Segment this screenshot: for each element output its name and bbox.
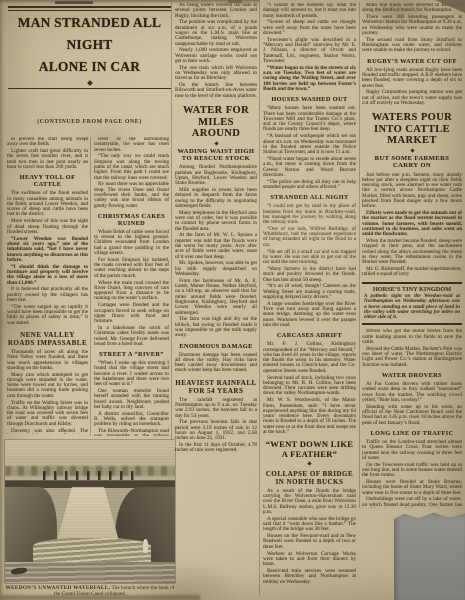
column-3-paragraph: The rainfall registered at Northampton u… — [175, 398, 257, 419]
heading-heaviest-rainfall: HEAVIEST RAINFALL FOR 54 YEARS — [175, 379, 257, 395]
column-5-paragraph: Standing with water up to his waist, an … — [362, 405, 462, 426]
backing-board-patch — [394, 511, 465, 600]
column-5-paragraph: When the market became flooded, sheep we… — [362, 239, 462, 265]
heading-waters-pour-into-cattle-market: WATERS POUR INTO CATTLE MARKET — [362, 112, 462, 147]
boxed-panel-horses-tiny-kingdom: HORSE’S TINY KINGDOMA pathetic sight on … — [362, 282, 462, 326]
heading-houses-washed-out: HOUSES WASHED OUT — [263, 96, 356, 103]
column-2-paragraph: For hours Simpson lay isolated, the road… — [94, 258, 169, 279]
column-3-paragraph: Among flooded Northamptonshire parishes … — [175, 165, 257, 186]
column-2: level of the surrounding countryside, th… — [94, 137, 169, 436]
column-2-paragraph: Whole fields of cattle were forced to re… — [94, 230, 169, 256]
column-3-paragraph: Many telephones in the Heyford area were… — [175, 211, 257, 232]
heading-long-line-of-traffic: LONG LINE OF TRAFFIC — [362, 430, 462, 437]
clipping-bottom-edge-shadow — [0, 595, 200, 600]
column-5-paragraph: The second road from Stony Stratford to … — [362, 38, 462, 54]
column-2-paragraph: “When I woke up this morning I found tha… — [94, 361, 169, 387]
column-4-paragraph: “The police are doing all they can to he… — [263, 180, 356, 191]
heading-collapse-of-bridge: COLLAPSE OF BRIDGE IN NORTH BUCKS — [263, 470, 356, 486]
column-4-paragraph: “Scores of sheep and cattle we thought w… — [263, 20, 356, 36]
column-3-paragraph: Enormous damage has been caused all down… — [175, 353, 257, 374]
column-4-paragraph: “Flood water began to recede about seven… — [263, 157, 356, 178]
column-3-paragraph: The position was complicated by the dera… — [175, 20, 257, 46]
column-5-paragraph: All low-lying roads around Rugby have be… — [362, 68, 462, 89]
column-4-paragraph: Several head of stock, including two cow… — [263, 376, 356, 397]
headline-rule-top — [8, 6, 171, 9]
heading-went-down-like-a-feather: “WENT DOWN LIKE A FEATHER” — [263, 440, 356, 459]
column-1-paragraph: “The water surged up so rapidly it would… — [7, 305, 88, 326]
clipping-left-edge-shadow — [0, 0, 4, 600]
column-3-paragraph: On the branch line between Blisworth and… — [175, 83, 257, 99]
column-4-paragraph: A special constable who saw the bridge g… — [263, 517, 356, 533]
column-1-paragraph: “Lower Weedon was flooded about six year… — [7, 237, 88, 263]
heading-carcases-adrift: CARCASES ADRIFT — [263, 332, 356, 339]
subheading-wading-waist-high: WADING WAIST HIGH TO RESCUE STOCK — [175, 148, 257, 163]
column-4-paragraph: “I could not get by road to my place of … — [263, 204, 356, 225]
headline-rule-top-2 — [8, 10, 171, 11]
column-4-paragraph: “Water began to rise in the streets at s… — [263, 66, 356, 92]
heading-christmas-cakes-ruined: CHRISTMAS CAKES RUINED — [94, 213, 169, 227]
column-4-paragraph: Mr. W. S. Wordsworth, of the Manor Farm,… — [263, 398, 356, 435]
boxed-panel-text: A pathetic sight on the Weedon-road at N… — [364, 294, 460, 320]
column-3-paragraph: Mr. Spokes, however, was able to get his… — [175, 261, 257, 277]
column-4-paragraph: “One of our lads, Wilfred Burbidge, of W… — [263, 227, 356, 248]
main-headline-line2: ALONE IN CAR — [8, 56, 171, 78]
column-3: As rising waters covered the rails at se… — [175, 3, 257, 471]
photo-halftone-grain — [5, 440, 175, 583]
column-3-paragraph: In the first 11 days of October, 4.78 in… — [175, 443, 257, 454]
headline-box: MAN STRANDED ALL NIGHT ALONE IN CAR — [8, 4, 171, 91]
column-1-paragraph: Daventry was also affected. The lower en… — [7, 429, 88, 434]
column-4-paragraph: A large wooden footbridge over the River… — [263, 302, 356, 328]
column-4-paragraph: Mr. F. J. Collins, Kislingbury correspon… — [263, 342, 356, 374]
heading-stranded-all-night: STRANDED ALL NIGHT — [263, 194, 356, 201]
column-1: to prevent the craft being swept away ov… — [7, 137, 88, 434]
column-4-paragraph: “It’s an ill wind, though! Caterers on t… — [263, 284, 356, 300]
column-5-ornament — [410, 149, 414, 153]
column-3-paragraph: The farm was high and dry on the hillock… — [175, 317, 257, 338]
column-5-paragraph: Outbuildings were cut off by a lake of w… — [362, 497, 462, 508]
column-5-paragraph: On the Towcester-road traffic was held u… — [362, 463, 462, 479]
column-2-paragraph: In a bakehouse the stock of Christmas ca… — [94, 326, 169, 347]
column-1-paragraph: More evidence of this was the sight of d… — [7, 219, 88, 235]
heading-heavy-toll-of-cattle: HEAVY TOLL OF CATTLE — [7, 174, 88, 188]
column-5-paragraph: drivers who got the motor lorries from t… — [362, 329, 462, 345]
heading-street-a-river: STREET A “RIVER” — [94, 351, 169, 358]
column-1-paragraph: Many cars which attempted to get through… — [7, 373, 88, 399]
column-4-paragraph: Workers at Wolverton Carriage Works were… — [263, 552, 356, 568]
column-5-paragraph: At Far Cotton drovers with rubber boots … — [362, 382, 462, 403]
column-3-paragraph: At the farm of Mr. W. L. Spokes a report… — [175, 233, 257, 259]
column-4-paragraph: Towcester’s plight was described in a “M… — [263, 38, 356, 64]
column-4-ornament — [307, 461, 311, 465]
column-5-paragraph: Mr. G. Bickerstaff, the market superinte… — [362, 267, 462, 278]
column-3-paragraph: From the farmhouse of Mr. A. E. Lamb, Ma… — [175, 279, 257, 316]
column-1-paragraph: The swiftness of the flood resulted in m… — [7, 191, 88, 217]
newspaper-clipping-page: MAN STRANDED ALL NIGHT ALONE IN CAR (CON… — [0, 0, 465, 600]
column-2-paragraph: One woman motorist found herself strande… — [94, 389, 169, 410]
column-5-paragraph: Efforts were made to get the animals out… — [362, 211, 462, 237]
column-1-paragraph: to prevent the craft being swept away ov… — [7, 137, 88, 148]
column-2-paragraph: By noon there was no appreciable drop. T… — [94, 182, 169, 208]
column-5-paragraph: Traffic on the London-road stretched alm… — [362, 440, 462, 461]
column-rule-2 — [171, 2, 172, 470]
heading-nene-valley-roads-impassable: NENE VALLEY ROADS IMPASSABLE — [7, 331, 88, 347]
column-4-paragraph: “A busload of workpeople which set out a… — [263, 134, 356, 155]
boxed-panel-title: HORSE’S TINY KINGDOM — [364, 287, 460, 292]
column-5-paragraph: Beyond the Cattle Market, Beckett’s Park… — [362, 347, 462, 368]
column-1-paragraph: Lighter craft had great difficulty in th… — [7, 149, 88, 170]
column-rule-3 — [259, 2, 260, 595]
subheading-but-some-farmers-carry-on: BUT SOME FARMERS CARRY ON — [362, 155, 462, 170]
column-3-paragraph: Nearly 1,000 workmen employed at Wolvert… — [175, 48, 257, 64]
column-5: Main line trains were diverted at Bliswo… — [362, 3, 462, 508]
heading-enormous-damage: ENORMOUS DAMAGE — [175, 343, 257, 350]
headline-rule-bottom — [8, 88, 171, 89]
column-5-paragraph: Just before one p.m. farmers, many alrea… — [362, 173, 462, 210]
column-3-paragraph: The one train which left Wolverton on We… — [175, 66, 257, 82]
column-4-paragraph: “Many houses have been washed out. There… — [263, 106, 356, 132]
column-2-paragraph: A district councillor, Councillor B. Wel… — [94, 412, 169, 428]
column-3-paragraph: As rising waters covered the rails at se… — [175, 3, 257, 19]
column-2-paragraph: The Blisworth–Northampton road was impas… — [94, 429, 169, 436]
column-2-paragraph: Where the main road crossed the River Ou… — [94, 281, 169, 302]
column-3-paragraph: The previous heaviest falls in that peri… — [175, 420, 257, 441]
column-5-paragraph: There were 300 intending passengers at W… — [362, 15, 462, 36]
continued-from-page-one-note: (CONTINUED FROM PAGE ONE) — [8, 119, 171, 125]
column-5-paragraph: Rugby Corporation pumping station was pu… — [362, 90, 462, 106]
column-rule-1 — [90, 137, 91, 436]
column-2-paragraph: level of the surrounding countryside, th… — [94, 137, 169, 153]
photo-weedon-waterfall — [5, 440, 175, 583]
column-4-paragraph: “Many farmers in the district have had s… — [263, 267, 356, 283]
column-2-paragraph: Cottages were flooded and the occupiers … — [94, 303, 169, 324]
clipping-top-edge-shadow — [0, 0, 260, 4]
column-5-paragraph: Houses were flooded at Stoke Bruerne, in… — [362, 480, 462, 496]
heading-water-for-miles-around: WATER FOR MILES AROUND — [175, 105, 257, 140]
column-rule-4 — [359, 2, 360, 508]
column-3-ornament — [214, 141, 218, 145]
heading-rugbys-water-cut-off: RUGBY’S WATER CUT OFF — [362, 58, 462, 65]
main-headline-line1: MAN STRANDED ALL NIGHT — [8, 12, 171, 56]
column-1-paragraph: “I should think the damage to furniture … — [7, 265, 88, 286]
column-1-paragraph: Traffic on the Watling Street was in cha… — [7, 401, 88, 427]
heading-water-drovers: WATER DROVERS — [362, 372, 462, 379]
column-4-paragraph: “I cannot at the moment say what the dam… — [263, 3, 356, 19]
headline-ornament — [87, 80, 93, 86]
column-4-paragraph: Restricted train services were resumed b… — [263, 569, 356, 585]
column-4-paragraph: Houses on the Newport-road and at New Br… — [263, 534, 356, 550]
column-4-paragraph: “He set off in a small car and was trapp… — [263, 250, 356, 266]
column-2-paragraph: “The only way we could reach Simpson was… — [94, 154, 169, 180]
column-4: “I cannot at the moment say what the dam… — [263, 3, 356, 596]
column-4-paragraph: As a result of the floods the bridge car… — [263, 489, 356, 515]
column-1-paragraph: Thousands of acres all along the Nene Va… — [7, 350, 88, 371]
column-1-paragraph: It is believed that practically all the … — [7, 287, 88, 303]
column-3-paragraph: Milk supplies to towns have been delayed… — [175, 188, 257, 209]
